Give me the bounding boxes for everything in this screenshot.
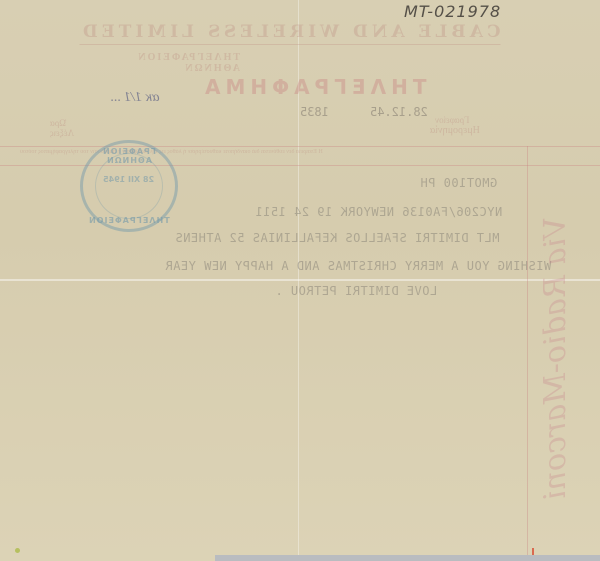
- letterhead-subtitle: ΤΗΛΕΓΡΑΦΕΙΟΝ ΑΘΗΝΩΝ: [80, 52, 240, 74]
- telegram-line: MLT DIMITRI SFAELLOS KEFALLINIAS 52 ATHE…: [175, 231, 499, 245]
- telegram-line: LOVE DIMITRI PETROU .: [275, 284, 437, 298]
- handwritten-note: ακ 1/1 ...: [110, 90, 159, 106]
- stamp-date: 28.12.45: [370, 105, 428, 119]
- label-time: Ώρα: [50, 118, 66, 128]
- telegram-line: NYC206/FA0136 NEWYORK 19 24 1511: [255, 205, 502, 219]
- telegram-form-reverse: MT-021978 CABLE AND WIRELESS LIMITED ΤΗΛ…: [0, 0, 600, 561]
- label-words: Λέξεις: [50, 128, 74, 138]
- fold-line-horizontal: [0, 279, 600, 281]
- telegram-line: GMOT100 PH: [420, 176, 497, 190]
- label-date: Ημερομηνία: [430, 125, 480, 136]
- label-office: Γραφείον: [435, 115, 469, 125]
- letterhead-company: CABLE AND WIRELESS LIMITED: [70, 22, 510, 45]
- scan-edge-strip: [215, 555, 600, 561]
- telegram-line: WISHING YOU A MERRY CHRISTMAS AND A HAPP…: [165, 259, 551, 273]
- letterhead-title: ΤΗΛΕΓΡΑΦΗΜΑ: [200, 75, 360, 99]
- serial-number: 1835: [300, 105, 329, 119]
- archive-number: MT-021978: [404, 2, 501, 21]
- receipt-stamp: ΓΡΑΦΕΙΟΝ ΑΘΗΝΩΝ 28 XII 1945 ΤΗΛΕΓΡΑΦΕΙΟΝ: [80, 140, 178, 232]
- margin-script: Via Radio-Marconi: [538, 200, 573, 500]
- paper-speck: [15, 548, 20, 553]
- margin-rule: [527, 146, 528, 561]
